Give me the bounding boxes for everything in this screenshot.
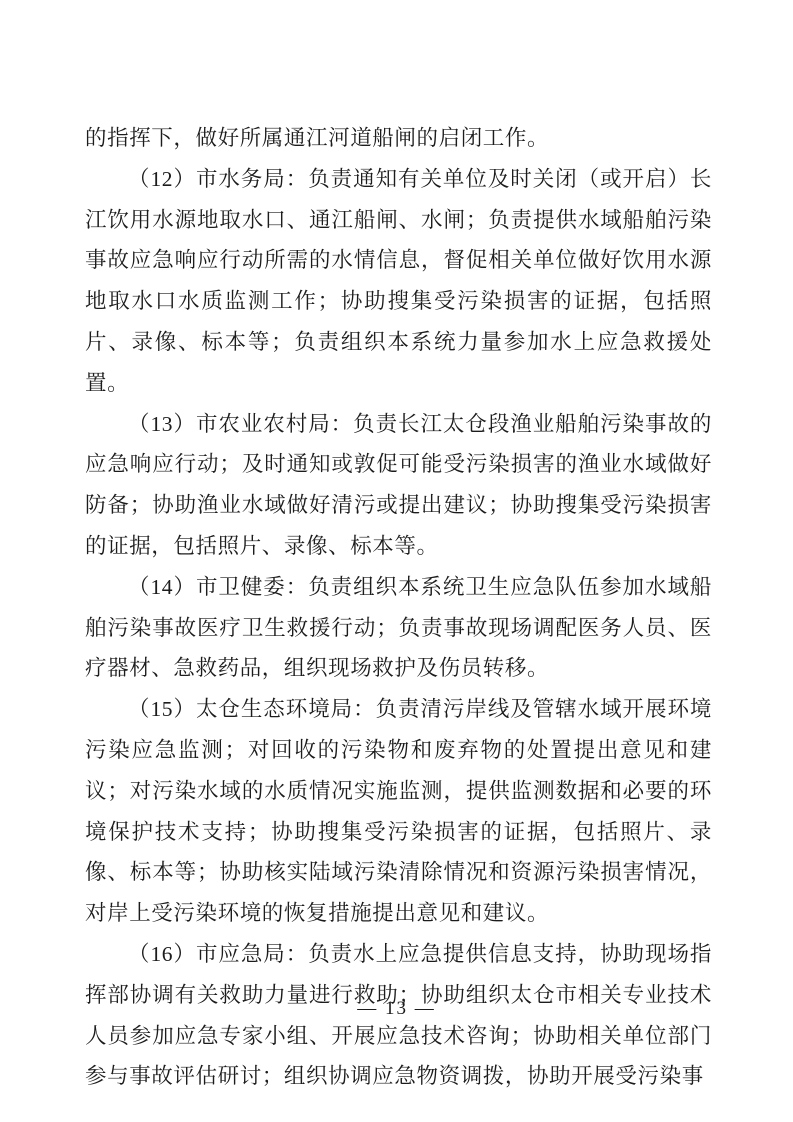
paragraph-item-14: （14）市卫健委：负责组织本系统卫生应急队伍参加水域船舶污染事故医疗卫生救援行动… [85,567,712,689]
document-page: 的指挥下，做好所属通江河道船闸的启闭工作。 （12）市水务局：负责通知有关单位及… [0,0,793,1122]
paragraph-item-15: （15）太仓生态环境局：负责清污岸线及管辖水域开展环境污染应急监测；对回收的污染… [85,689,712,934]
paragraph-item-13: （13）市农业农村局：负责长江太仓段渔业船舶污染事故的应急响应行动；及时通知或敦… [85,404,712,567]
paragraph-item-12: （12）市水务局：负责通知有关单位及时关闭（或开启）长江饮用水源地取水口、通江船… [85,159,712,404]
page-number: — 13 — [0,998,793,1020]
document-body: 的指挥下，做好所属通江河道船闸的启闭工作。 （12）市水务局：负责通知有关单位及… [85,118,712,1097]
paragraph-continuation: 的指挥下，做好所属通江河道船闸的启闭工作。 [85,118,712,159]
